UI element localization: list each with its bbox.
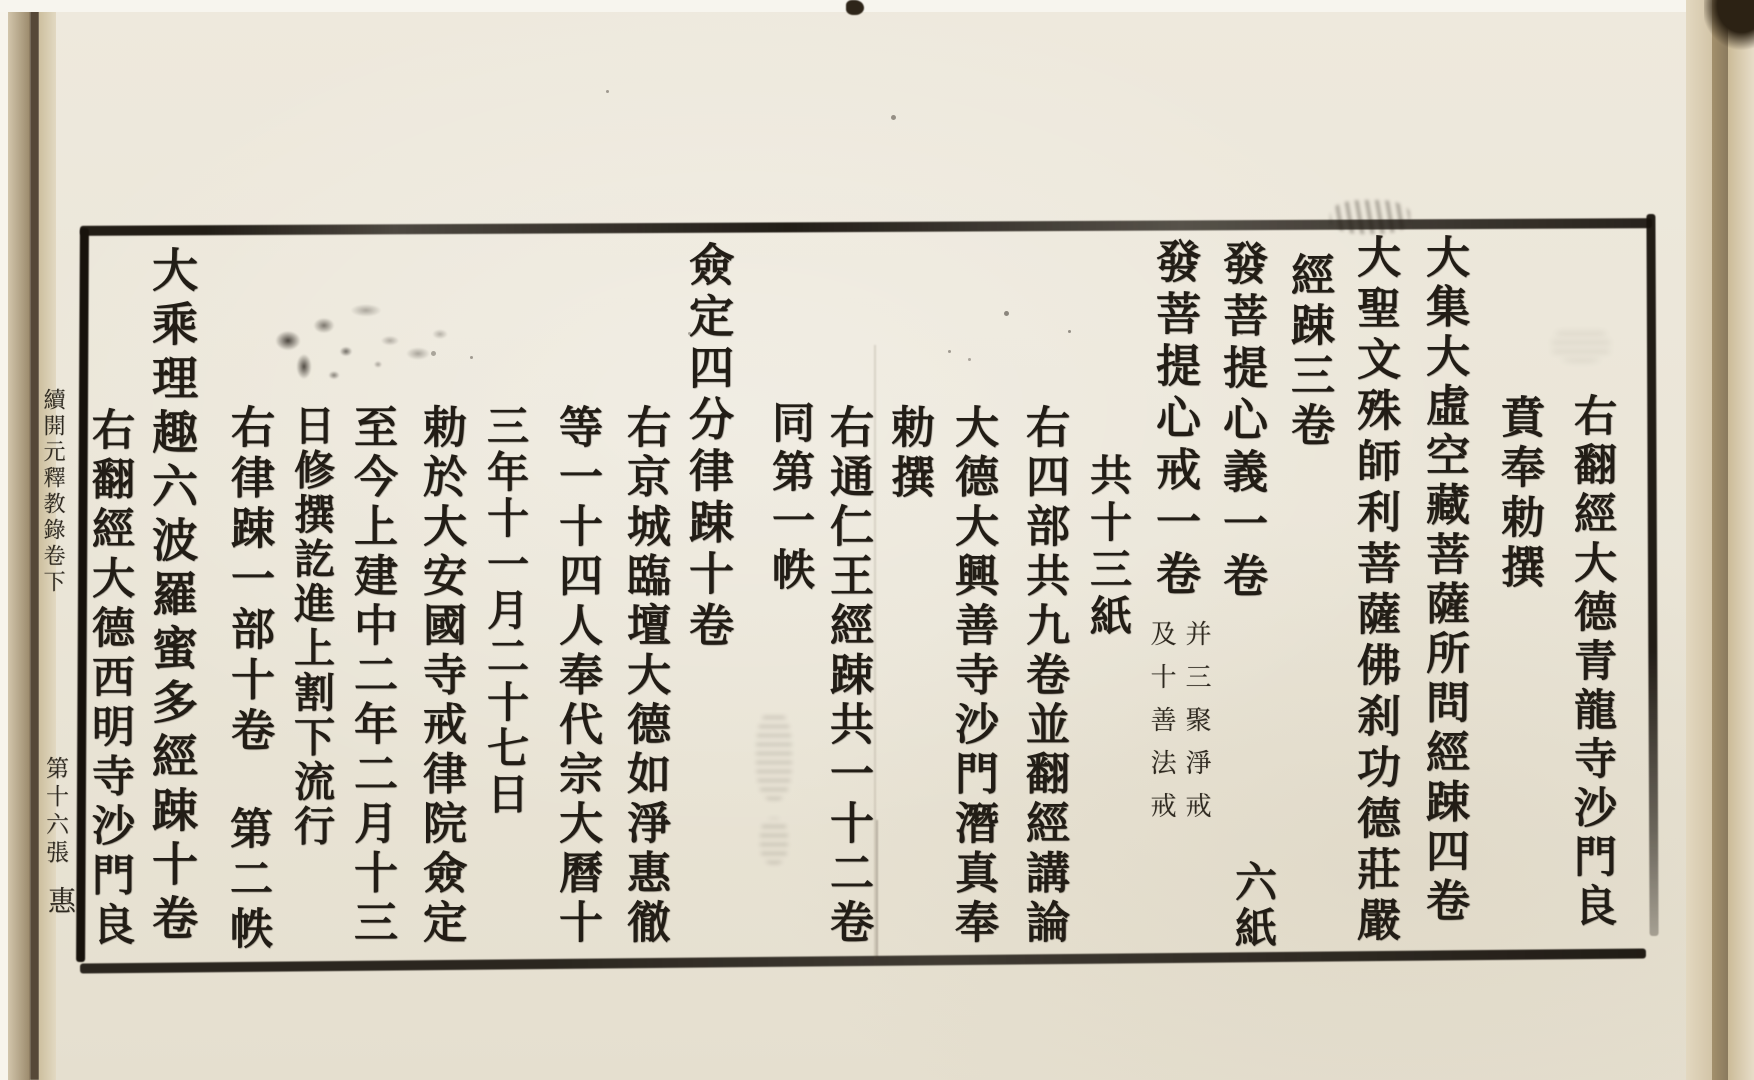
summary-four-works: 右四部共九卷並翻經講論	[1021, 404, 1065, 949]
colophon-qinglongsi-monk: 右翻經大德青龍寺沙門良	[1570, 393, 1613, 932]
faint-bleedthrough-marks-lower	[760, 818, 788, 864]
entry-dasheng-wenshu-cont: 經踈三卷	[1286, 252, 1330, 452]
ink-blot	[258, 278, 458, 386]
entry-dasheng-liqu: 大乘理趣六波羅蜜多經踈十卷	[149, 246, 195, 948]
series-title: 續開元釋教錄卷下	[41, 388, 63, 596]
sheet-count-six: 六紙	[1232, 860, 1274, 952]
entry-daji-xukongzang: 大集大虛空藏菩薩所問經踈四卷	[1421, 234, 1465, 927]
annotation-completion: 日修撰訖進上割下流行	[290, 404, 331, 849]
scan-edge-top-strip	[0, 0, 1754, 12]
page-edge-left-dark-line	[30, 0, 39, 1080]
colophon-ximingsi-monk: 右翻經大德西明寺沙門良	[88, 407, 131, 952]
frame-border-bottom	[80, 948, 1646, 973]
note-same-case-one: 同第一帙	[768, 400, 811, 596]
annotation-date-dali: 三年十一月二十七日	[484, 404, 526, 818]
note-shishan-fajie: 及十善法戒	[1148, 620, 1174, 835]
border-ink-smear	[1330, 200, 1410, 234]
book-corner-dark-top-right	[1704, 0, 1754, 54]
entry-qianding-sifenlu: 僉定四分律踈十卷	[685, 241, 730, 653]
page-edge-right-inner	[1686, 0, 1712, 1080]
scanned-woodblock-page: 右翻經大德青龍寺沙門良 賁奉勅撰 大集大虛空藏菩薩所問經踈四卷 大聖文殊師利菩薩…	[0, 0, 1754, 1080]
frame-border-right	[1646, 214, 1658, 936]
top-edge-ink-mark	[846, 0, 864, 15]
annotation-jianzhong-date: 至今上建中二年二月十三	[349, 404, 393, 949]
annotation-jingcheng-lintan: 右京城臨壇大德如淨惠徹	[622, 404, 666, 949]
page-edge-right-band	[1712, 0, 1728, 1080]
collation-mark: 惠	[46, 886, 74, 914]
page-edge-left-band	[8, 0, 30, 1080]
right-margin-smudge	[1552, 328, 1610, 362]
colophon-qianzhen: 大德大興善寺沙門潛真奉	[950, 404, 994, 949]
faint-bleedthrough-marks-upper	[756, 712, 792, 800]
summary-lushu: 右律踈一部十卷	[226, 404, 270, 758]
colophon-qinglongsi-monk-2: 賁奉勅撰	[1496, 394, 1540, 594]
entry-dasheng-wenshu: 大聖文殊師利菩薩佛刹功德莊嚴	[1352, 234, 1396, 948]
summary-renwang-jingshu: 右通仁王經踈共一十二卷	[825, 404, 869, 949]
vertical-crease-lower	[876, 820, 878, 960]
paper-specks	[0, 0, 3, 3]
annotation-fourteen-monks: 等一十四人奉代宗大曆十	[554, 404, 598, 949]
entry-fa-puti-xin-jie: 發菩提心戒一卷	[1152, 238, 1197, 602]
scan-edge-left-white	[0, 0, 8, 1080]
page-edge-right-outer	[1728, 0, 1754, 1080]
annotation-daanguosi: 勅於大安國寺戒律院僉定	[418, 404, 462, 949]
colophon-chizhuan: 勅撰	[886, 404, 930, 504]
note-sanju-jingjie: 并三聚淨戒	[1183, 620, 1209, 835]
frame-border-top	[80, 218, 1652, 236]
entry-fa-puti-xin-yi: 發菩提心義一卷	[1219, 240, 1264, 604]
sheet-number: 第十六張	[43, 756, 66, 868]
sheet-count-total: 共十三紙	[1087, 453, 1129, 641]
note-case-two: 第二帙	[226, 806, 269, 956]
